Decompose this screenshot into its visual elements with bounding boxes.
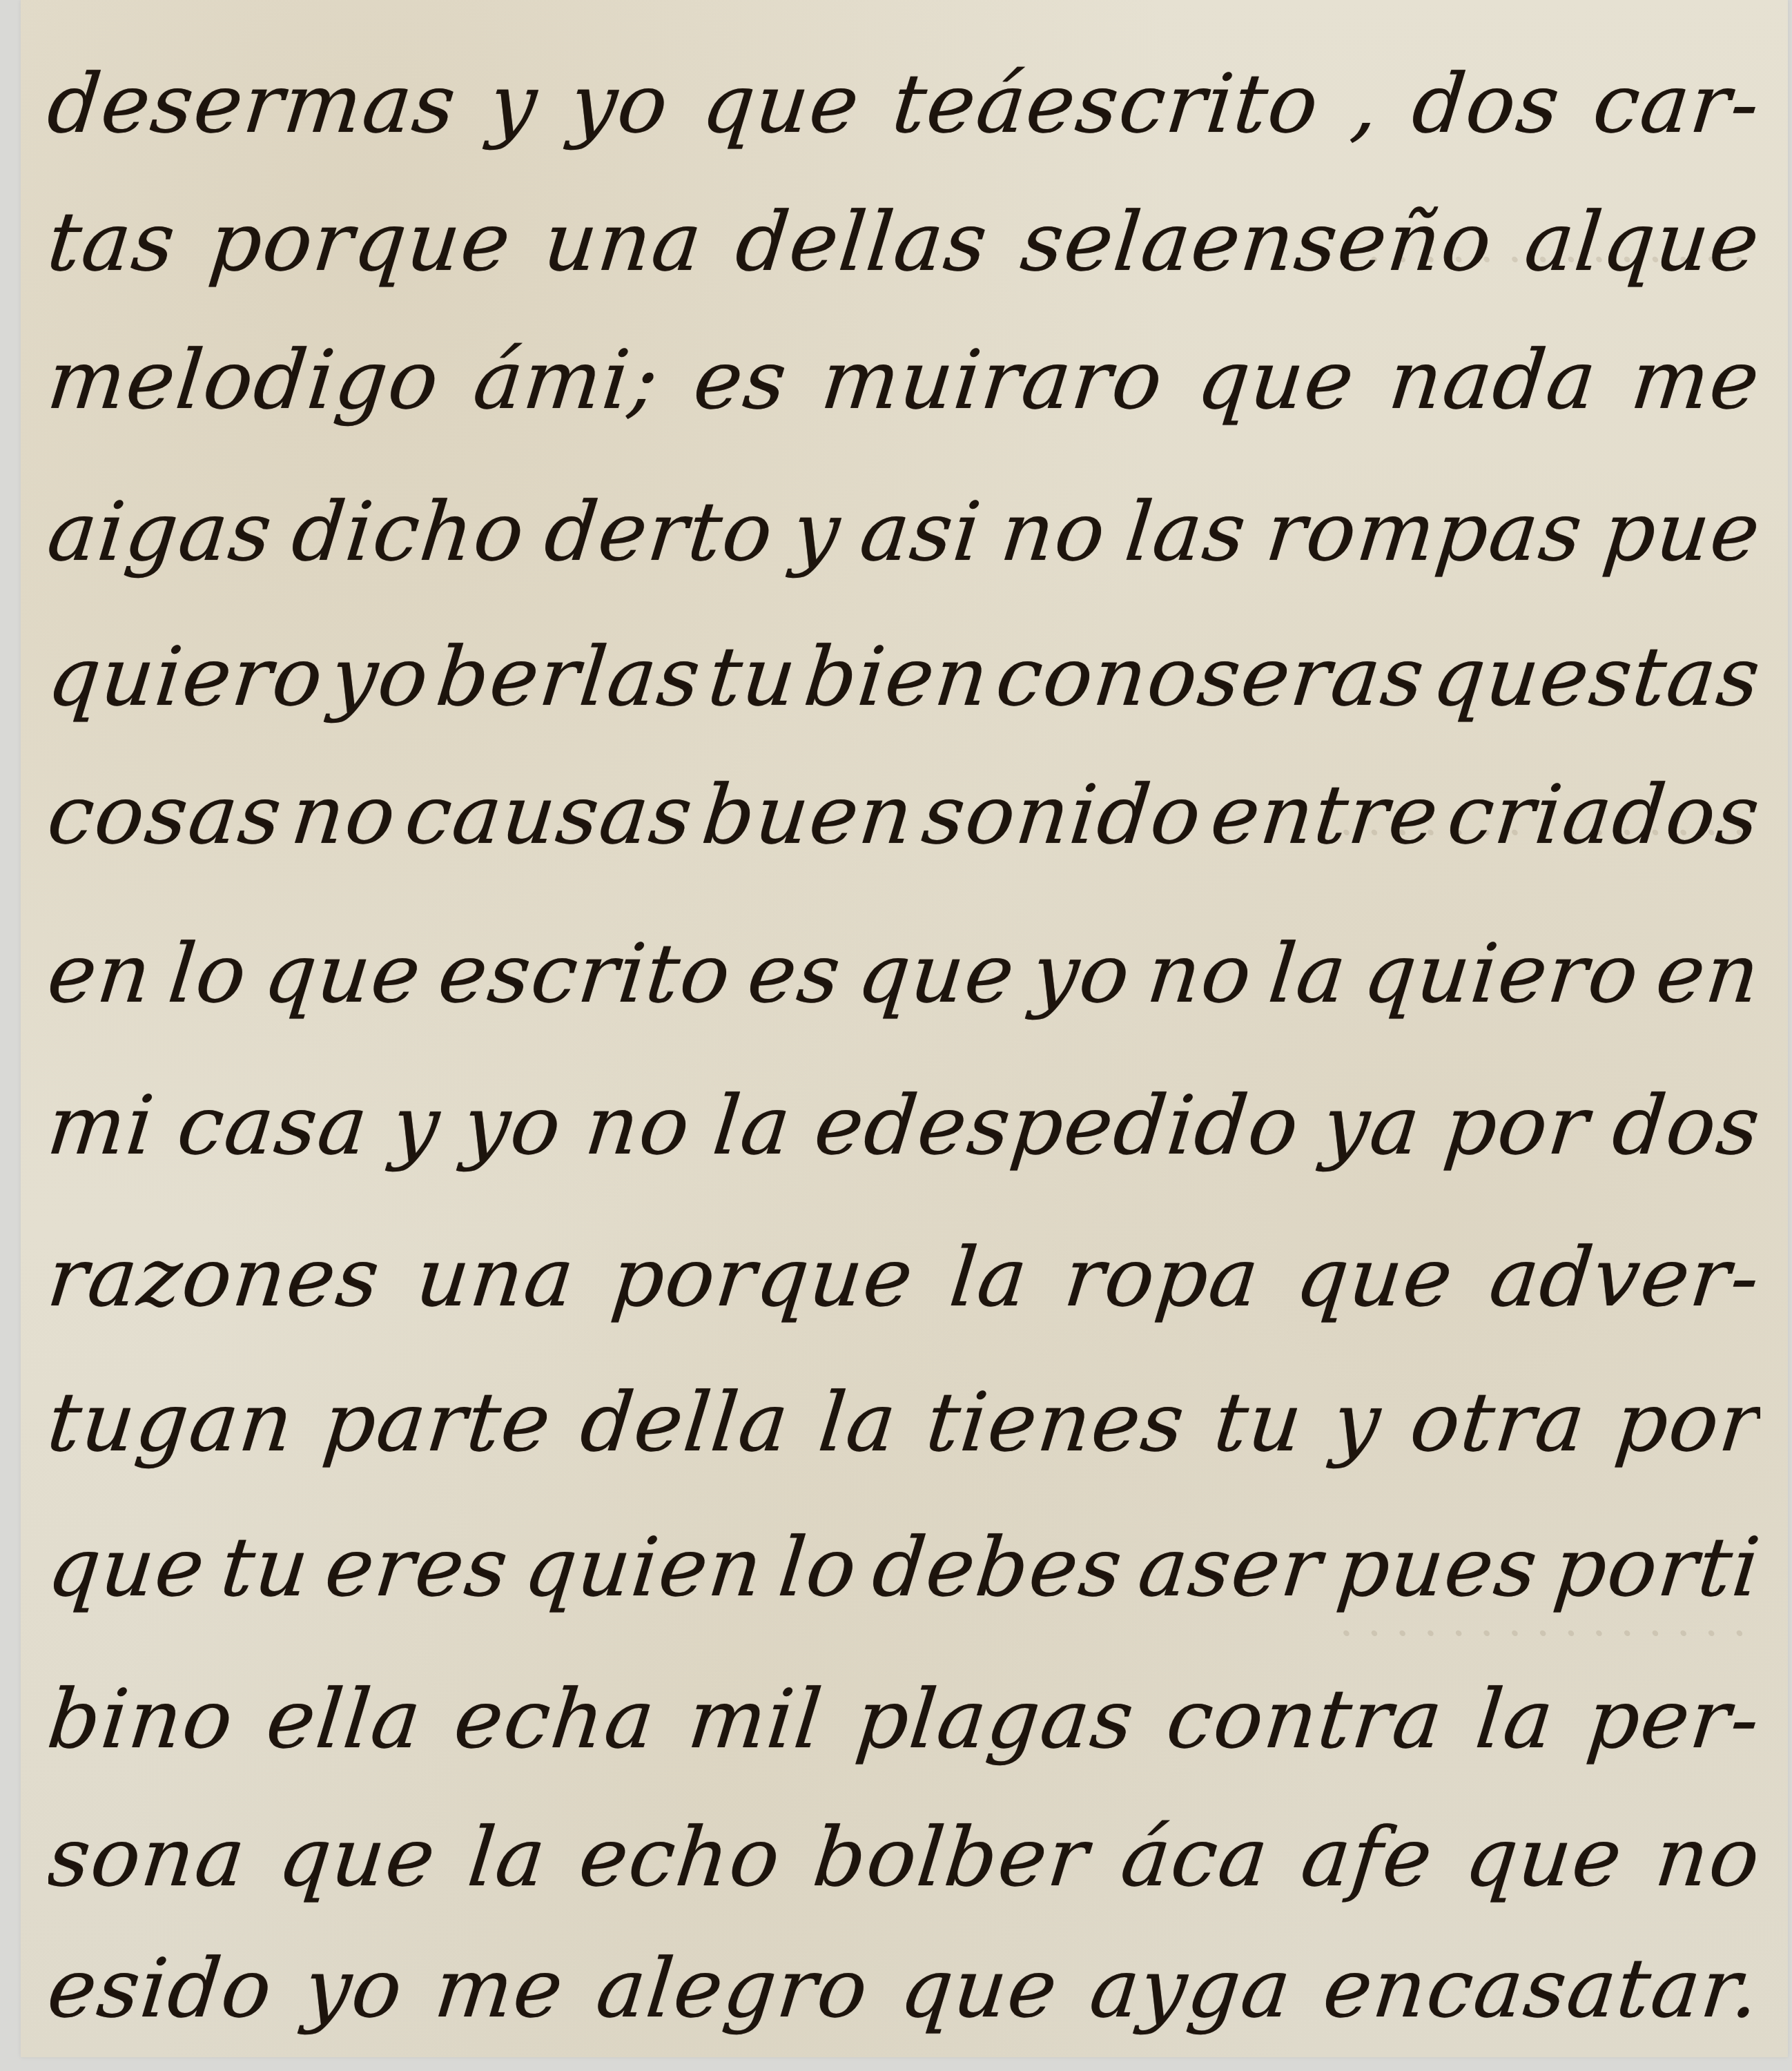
word: otra: [1406, 1374, 1591, 1470]
word: que: [274, 1809, 441, 1905]
word: es: [743, 926, 846, 1021]
manuscript-line-8: mi casa y yo no la edespedido ya por dos: [48, 1049, 1760, 1201]
word: questas: [1428, 629, 1760, 724]
word: porti: [1550, 1519, 1760, 1615]
word: sona: [48, 1809, 251, 1905]
word: porque: [204, 194, 516, 289]
word: que: [1461, 1809, 1628, 1905]
word: aigas: [48, 484, 277, 579]
word: eres: [321, 1519, 514, 1615]
manuscript-line-13: sona que la echo bolber áca afe que no: [48, 1781, 1760, 1933]
word: en: [1652, 926, 1760, 1021]
word: dos: [1408, 56, 1566, 151]
word: dos: [1608, 1078, 1760, 1173]
word: adver-: [1486, 1229, 1760, 1325]
word: yo: [459, 1078, 567, 1173]
word: asi: [856, 484, 986, 579]
word: ropa: [1060, 1229, 1265, 1325]
word: contra: [1162, 1671, 1448, 1767]
word: la: [1265, 926, 1352, 1021]
word: ,: [1347, 56, 1385, 151]
word: tu: [704, 629, 802, 724]
manuscript-line-14: esido yo me alegro que ayga encasatar.: [48, 1912, 1760, 2064]
word: y: [387, 1078, 445, 1173]
word: aser: [1133, 1519, 1327, 1615]
manuscript-line-11: que tu eres quien lo debes aser pues por…: [48, 1491, 1760, 1643]
word: berlas: [432, 629, 706, 724]
word: bien: [800, 629, 995, 724]
manuscript-line-4: aigas dicho derto y asi no las rompas pu…: [48, 456, 1760, 607]
word: lo: [774, 1519, 861, 1615]
word: por: [1440, 1078, 1595, 1173]
word: sonido: [918, 767, 1207, 862]
word: bino: [48, 1671, 239, 1767]
word: echo: [574, 1809, 785, 1905]
word: no: [581, 1078, 695, 1173]
manuscript-line-12: bino ella echa mil plagas contra la per-: [48, 1643, 1760, 1795]
word: esido: [48, 1941, 277, 2036]
word: que: [1193, 332, 1360, 427]
word: una: [540, 194, 708, 289]
word: encasatar.: [1319, 1941, 1760, 2036]
word: me: [431, 1941, 569, 2036]
word: yo: [1028, 926, 1136, 1021]
word: quiero: [1359, 926, 1644, 1021]
word: nada: [1385, 332, 1602, 427]
word: yo: [300, 1941, 408, 2036]
word: una: [412, 1229, 580, 1325]
word: alque: [1521, 194, 1760, 289]
word: echa: [450, 1671, 661, 1767]
word: muiraro: [817, 332, 1167, 427]
word: ayga: [1085, 1941, 1296, 2036]
word: pue: [1598, 484, 1760, 579]
word: dicho: [288, 484, 530, 579]
manuscript-line-3: melodigo ámi; es muiraro que nada me: [48, 304, 1760, 456]
word: edespedido: [810, 1078, 1304, 1173]
word: que: [853, 926, 1020, 1021]
word: dellas: [731, 194, 992, 289]
word: y: [1328, 1374, 1385, 1470]
word: alegro: [592, 1941, 873, 2036]
word: que: [697, 56, 864, 151]
word: desermas: [48, 56, 461, 151]
word: plagas: [851, 1671, 1139, 1767]
word: quien: [520, 1519, 768, 1615]
word: que: [896, 1941, 1063, 2036]
word: áca: [1116, 1809, 1273, 1905]
manuscript-line-6: cosas no causas buen sonido entre criado…: [48, 739, 1760, 891]
word: no: [1143, 926, 1258, 1021]
word: teáescrito: [888, 56, 1323, 151]
manuscript-line-9: razones una porque la ropa que adver-: [48, 1201, 1760, 1353]
word: ella: [262, 1671, 427, 1767]
word: mil: [684, 1671, 828, 1767]
word: ámi;: [469, 332, 664, 427]
word: la: [946, 1229, 1033, 1325]
word: es: [689, 332, 792, 427]
word: por: [1611, 1374, 1760, 1470]
word: selaenseño: [1016, 194, 1497, 289]
manuscript-page: · · · · · · · · · · · · · · · · · · · · …: [21, 0, 1788, 2057]
word: debes: [868, 1519, 1128, 1615]
word: conoseras: [992, 629, 1430, 724]
manuscript-line-10: tugan parte della la tienes tu y otra po…: [48, 1346, 1760, 1498]
word: per-: [1583, 1671, 1760, 1767]
word: entre: [1207, 767, 1444, 862]
word: rompas: [1262, 484, 1588, 579]
word: tugan: [48, 1374, 299, 1470]
manuscript-line-7: en lo que escrito es que yo no la quiero…: [48, 897, 1760, 1049]
word: derto: [540, 484, 778, 579]
word: parte: [319, 1374, 556, 1470]
word: car-: [1589, 56, 1760, 151]
word: que: [48, 1519, 211, 1615]
word: las: [1121, 484, 1252, 579]
word: la: [709, 1078, 797, 1173]
word: que: [1292, 1229, 1459, 1325]
word: en: [48, 926, 157, 1021]
word: yo: [566, 56, 674, 151]
word: porque: [607, 1229, 918, 1325]
word: bolber: [808, 1809, 1093, 1905]
word: no: [1651, 1809, 1760, 1905]
word: la: [464, 1809, 552, 1905]
word: buen: [697, 767, 918, 862]
word: yo: [327, 629, 434, 724]
word: pues: [1333, 1519, 1543, 1615]
word: afe: [1296, 1809, 1437, 1905]
word: no: [286, 767, 401, 862]
word: razones: [48, 1229, 385, 1325]
word: la: [815, 1374, 902, 1470]
word: tienes: [922, 1374, 1190, 1470]
word: que: [260, 926, 427, 1021]
word: y: [485, 56, 542, 151]
manuscript-line-1: desermas y yo que teáescrito , dos car-: [48, 28, 1760, 179]
word: quiero: [48, 629, 329, 724]
word: causas: [400, 767, 697, 862]
word: ya: [1318, 1078, 1426, 1173]
word: la: [1472, 1671, 1559, 1767]
word: tu: [1210, 1374, 1308, 1470]
manuscript-line-5: quiero yo berlas tu bien conoseras quest…: [48, 601, 1760, 752]
word: tas: [48, 194, 181, 289]
manuscript-line-2: tas porque una dellas selaenseño alque: [48, 166, 1760, 318]
word: della: [576, 1374, 795, 1470]
word: melodigo: [48, 332, 445, 427]
word: mi: [48, 1078, 159, 1173]
word: escrito: [434, 926, 736, 1021]
word: lo: [164, 926, 252, 1021]
word: no: [997, 484, 1111, 579]
word: casa: [173, 1078, 373, 1173]
word: criados: [1443, 767, 1760, 862]
word: tu: [217, 1519, 315, 1615]
word: y: [788, 484, 846, 579]
word: cosas: [48, 767, 287, 862]
word: me: [1627, 332, 1760, 427]
